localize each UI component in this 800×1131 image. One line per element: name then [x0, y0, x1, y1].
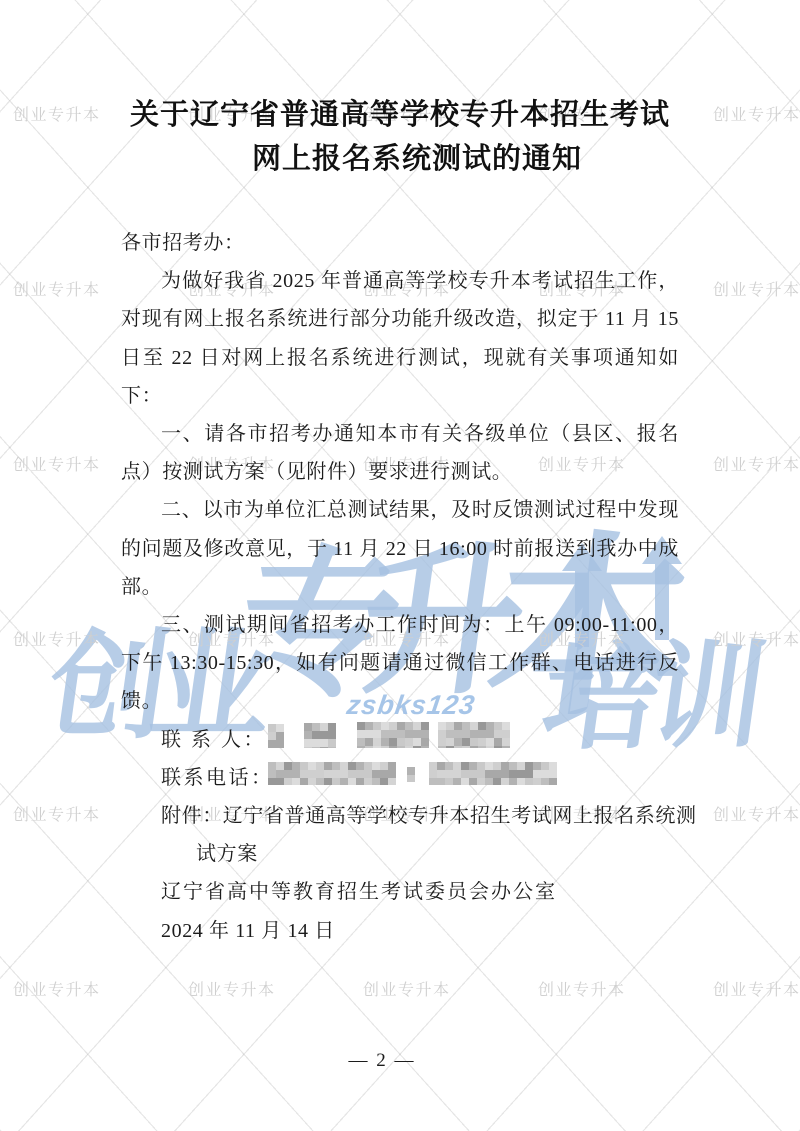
tiled-watermark-text: 创业专升本	[363, 983, 451, 999]
tiled-watermark-text: 创业专升本	[13, 808, 101, 824]
paragraph-item-1: 一、请各市招考办通知本市有关各级单位（县区、报名点）按测试方案（见附件）要求进行…	[121, 415, 679, 491]
notice-title: 关于辽宁省普通高等学校专升本招生考试 网上报名系统测试的通知	[0, 93, 800, 181]
tiled-watermark-text: 创业专升本	[713, 283, 800, 299]
title-line-2: 网上报名系统测试的通知	[17, 137, 800, 181]
tiled-watermark-text: 创业专升本	[538, 983, 626, 999]
title-line-1: 关于辽宁省普通高等学校专升本招生考试	[0, 93, 800, 137]
notice-body: 各市招考办： 为做好我省 2025 年普通高等学校专升本考试招生工作，对现有网上…	[121, 224, 679, 950]
notice-document-page: 创 业 专 升 本 培 训 zsbks123 创业专升本创业专升本创业专升本创业…	[0, 0, 800, 1131]
attachment-line: 附件：辽宁省普通高等学校专升本招生考试网上报名系统测试方案	[121, 797, 716, 873]
tiled-watermark-text: 创业专升本	[188, 983, 276, 999]
redacted-contact-name	[357, 722, 429, 748]
tiled-watermark-text: 创业专升本	[713, 458, 800, 474]
tiled-watermark-text: 创业专升本	[13, 458, 101, 474]
redacted-contact-name	[304, 723, 341, 748]
contact-phone-line: 联系电话：	[121, 759, 679, 797]
tiled-watermark-text: 创业专升本	[13, 283, 101, 299]
tiled-watermark-text: 创业专升本	[713, 633, 800, 649]
salutation: 各市招考办：	[121, 224, 679, 262]
page-number: — 2 —	[0, 1050, 764, 1072]
tiled-watermark-text: 创业专升本	[13, 983, 101, 999]
tiled-watermark-text: 创业专升本	[713, 983, 800, 999]
redacted-phone-number	[268, 762, 398, 785]
paragraph-item-3: 三、测试期间省招考办工作时间为：上午 09:00-11:00，下午 13:30-…	[121, 606, 679, 721]
paragraph-intro: 为做好我省 2025 年普通高等学校专升本考试招生工作，对现有网上报名系统进行部…	[121, 262, 679, 415]
issuing-office: 辽宁省高中等教育招生考试委员会办公室	[121, 873, 679, 911]
redacted-contact-name	[438, 722, 512, 748]
redacted-contact-name	[268, 724, 291, 748]
tiled-watermark-text: 创业专升本	[713, 808, 800, 824]
tiled-watermark-text: 创业专升本	[13, 633, 101, 649]
redacted-phone-number	[407, 767, 421, 782]
paragraph-item-2: 二、以市为单位汇总测试结果，及时反馈测试过程中发现的问题及修改意见，于 11 月…	[121, 491, 679, 606]
issue-date: 2024 年 11 月 14 日	[121, 912, 679, 950]
redacted-phone-number	[429, 762, 564, 785]
